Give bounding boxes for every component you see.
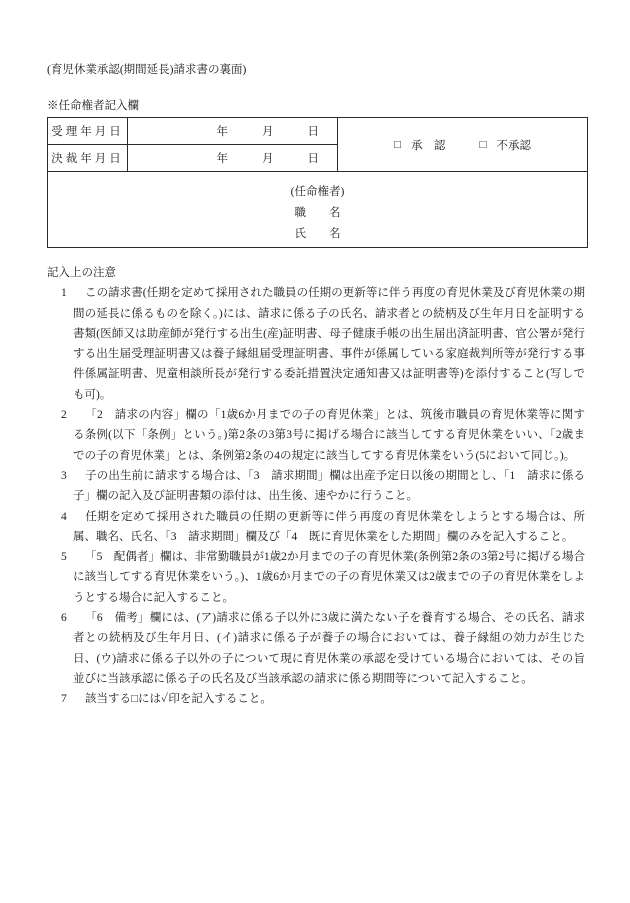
appointer-signature-row: (任命権者) 職 名 氏 名 — [48, 172, 588, 248]
appointer-cell: (任命権者) 職 名 氏 名 — [48, 172, 588, 248]
notes-heading: 記入上の注意 — [47, 263, 585, 283]
decision-date-label: 決裁年月日 — [48, 145, 128, 172]
note-item: 3子の出生前に請求する場合は、「3 請求期間」欄は出産予定日以後の期間とし、「1… — [47, 466, 585, 507]
receipt-date-row: 受理年月日 年 月 日 □ 承 認 □ 不承認 — [48, 118, 588, 145]
note-item: 5「5 配偶者」欄は、非常勤職員が1歳2か月までの子の育児休業(条例第2条の3第… — [47, 547, 585, 608]
year-label: 年 — [217, 150, 229, 166]
decision-date-units: 年 月 日 — [128, 150, 337, 166]
note-text: 「5 配偶者」欄は、非常勤職員が1歳2か月までの子の育児休業(条例第2条の3第2… — [73, 551, 585, 604]
page-title: (育児休業承認(期間延長)請求書の裏面) — [47, 62, 585, 78]
appointer-heading: (任命権者) — [48, 172, 587, 203]
note-number: 2 — [61, 405, 85, 425]
reject-label: 不承認 — [496, 137, 531, 153]
form-back-page: (育児休業承認(期間延長)請求書の裏面) ※任命権者記入欄 受理年月日 年 月 … — [0, 0, 630, 903]
note-item: 2「2 請求の内容」欄の「1歳6か月までの子の育児休業」とは、筑後市職員の育児休… — [47, 405, 585, 466]
reject-checkbox[interactable]: □ — [480, 139, 487, 151]
appointer-name-line: 氏 名 — [48, 224, 587, 245]
day-label: 日 — [308, 150, 320, 166]
note-number: 6 — [61, 608, 85, 628]
note-number: 1 — [61, 283, 85, 303]
note-text: 「2 請求の内容」欄の「1歳6か月までの子の育児休業」とは、筑後市職員の育児休業… — [73, 409, 585, 462]
day-label: 日 — [308, 123, 320, 139]
note-item: 1この請求書(任期を定めて採用された職員の任期の更新等に伴う再度の育児休業及び育… — [47, 283, 585, 405]
month-label: 月 — [262, 150, 274, 166]
receipt-date-field[interactable]: 年 月 日 — [128, 118, 338, 145]
note-number: 3 — [61, 466, 85, 486]
note-number: 7 — [61, 689, 85, 709]
note-item: 6「6 備考」欄には、(ア)請求に係る子以外に3歳に満たない子を養育する場合、そ… — [47, 608, 585, 689]
note-text: 「6 備考」欄には、(ア)請求に係る子以外に3歳に満たない子を養育する場合、その… — [73, 612, 585, 685]
note-text: この請求書(任期を定めて採用された職員の任期の更新等に伴う再度の育児休業及び育児… — [73, 287, 585, 400]
note-text: 任期を定めて採用された職員の任期の更新等に伴う再度の育児休業をしようとする場合は… — [73, 511, 585, 543]
note-text: 子の出生前に請求する場合は、「3 請求期間」欄は出産予定日以後の期間とし、「1 … — [73, 470, 585, 502]
receipt-date-label: 受理年月日 — [48, 118, 128, 145]
receipt-date-units: 年 月 日 — [128, 123, 337, 139]
notes-section: 記入上の注意 1この請求書(任期を定めて採用された職員の任期の更新等に伴う再度の… — [47, 263, 585, 710]
note-item: 4任期を定めて採用された職員の任期の更新等に伴う再度の育児休業をしようとする場合… — [47, 507, 585, 548]
note-number: 4 — [61, 507, 85, 527]
approval-decision-cell: □ 承 認 □ 不承認 — [338, 118, 588, 172]
note-item: 7該当する□には✓印を記入すること。 — [47, 689, 585, 709]
note-number: 5 — [61, 547, 85, 567]
note-text: 該当する□には✓印を記入すること。 — [85, 693, 272, 705]
month-label: 月 — [262, 123, 274, 139]
appointer-table: 受理年月日 年 月 日 □ 承 認 □ 不承認 — [47, 117, 588, 248]
decision-date-field[interactable]: 年 月 日 — [128, 145, 338, 172]
appointer-post-line: 職 名 — [48, 203, 587, 224]
approve-label: 承 認 — [411, 137, 446, 153]
year-label: 年 — [217, 123, 229, 139]
approve-checkbox[interactable]: □ — [394, 139, 401, 151]
appointer-section-label: ※任命権者記入欄 — [47, 98, 585, 114]
